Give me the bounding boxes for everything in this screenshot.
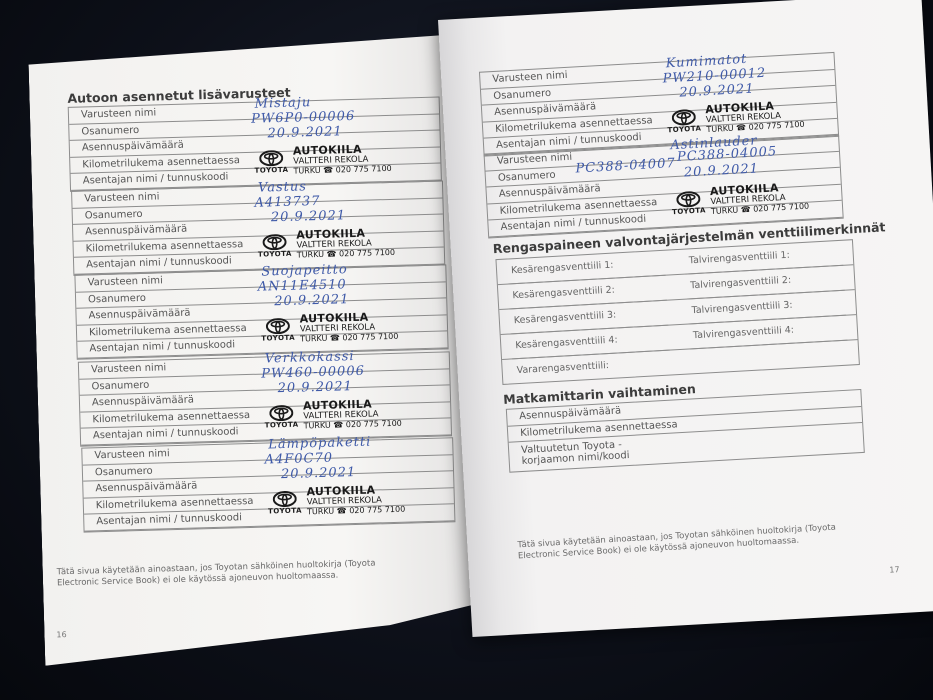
dealer-stamp: TOYOTAAUTOKIILAVALTTERI REKOLATURKU ☎ 02… [257,228,395,262]
handwritten-date: 20.9.2021 [277,379,353,396]
equipment-form-0: Varusteen nimiOsanumeroAsennuspäivämäärä… [68,97,442,192]
toyota-logo-icon [671,109,696,126]
left-page: Autoon asennetut lisävarusteet Varusteen… [28,34,477,666]
dealer-stamp: TOYOTAAUTOKIILAVALTTERI REKOLATURKU ☎ 02… [254,144,392,178]
page-number: 16 [56,630,66,639]
handwritten-date: 20.9.2021 [267,124,343,141]
equipment-form-1: Varusteen nimiOsanumeroAsennuspäivämäärä… [71,180,445,275]
toyota-logo-icon [272,491,296,508]
equipment-form-2: Varusteen nimiOsanumeroAsennuspäivämäärä… [74,264,448,359]
equipment-form-3: Varusteen nimiOsanumeroAsennuspäivämäärä… [78,351,452,446]
page-number: 17 [889,565,900,575]
footnote: Tätä sivua käytetään ainoastaan, jos Toy… [57,558,407,590]
right-page: Varusteen nimiOsanumeroAsennuspäivämäärä… [438,0,933,637]
dealer-stamp: TOYOTAAUTOKIILAVALTTERI REKOLATURKU ☎ 02… [267,485,405,519]
handwritten-equipment-name: Vastus [258,179,307,195]
toyota-logo-icon [269,405,293,422]
footnote: Tätä sivua käytetään ainoastaan, jos Toy… [517,521,868,563]
dealer-stamp: TOYOTAAUTOKIILAVALTTERI REKOLATURKU ☎ 02… [264,399,402,433]
handwritten-date: 20.9.2021 [274,292,350,309]
handwritten-equipment-name: Lämpöpaketti [268,435,371,453]
equipment-form-4: Varusteen nimiOsanumeroAsennuspäivämäärä… [81,437,455,532]
toyota-logo-icon [262,234,286,251]
handwritten-equipment-name: Mistaju [255,95,312,112]
handwritten-date: 20.9.2021 [281,465,357,482]
tpms-form: Kesärengasventtiili 1:Talvirengasventtii… [495,239,859,385]
toyota-logo-icon [259,150,283,167]
handwritten-date: 20.9.2021 [271,208,347,225]
toyota-logo-icon [266,318,290,335]
toyota-logo-icon [676,191,701,208]
dealer-stamp: TOYOTAAUTOKIILAVALTTERI REKOLATURKU ☎ 02… [261,312,399,346]
